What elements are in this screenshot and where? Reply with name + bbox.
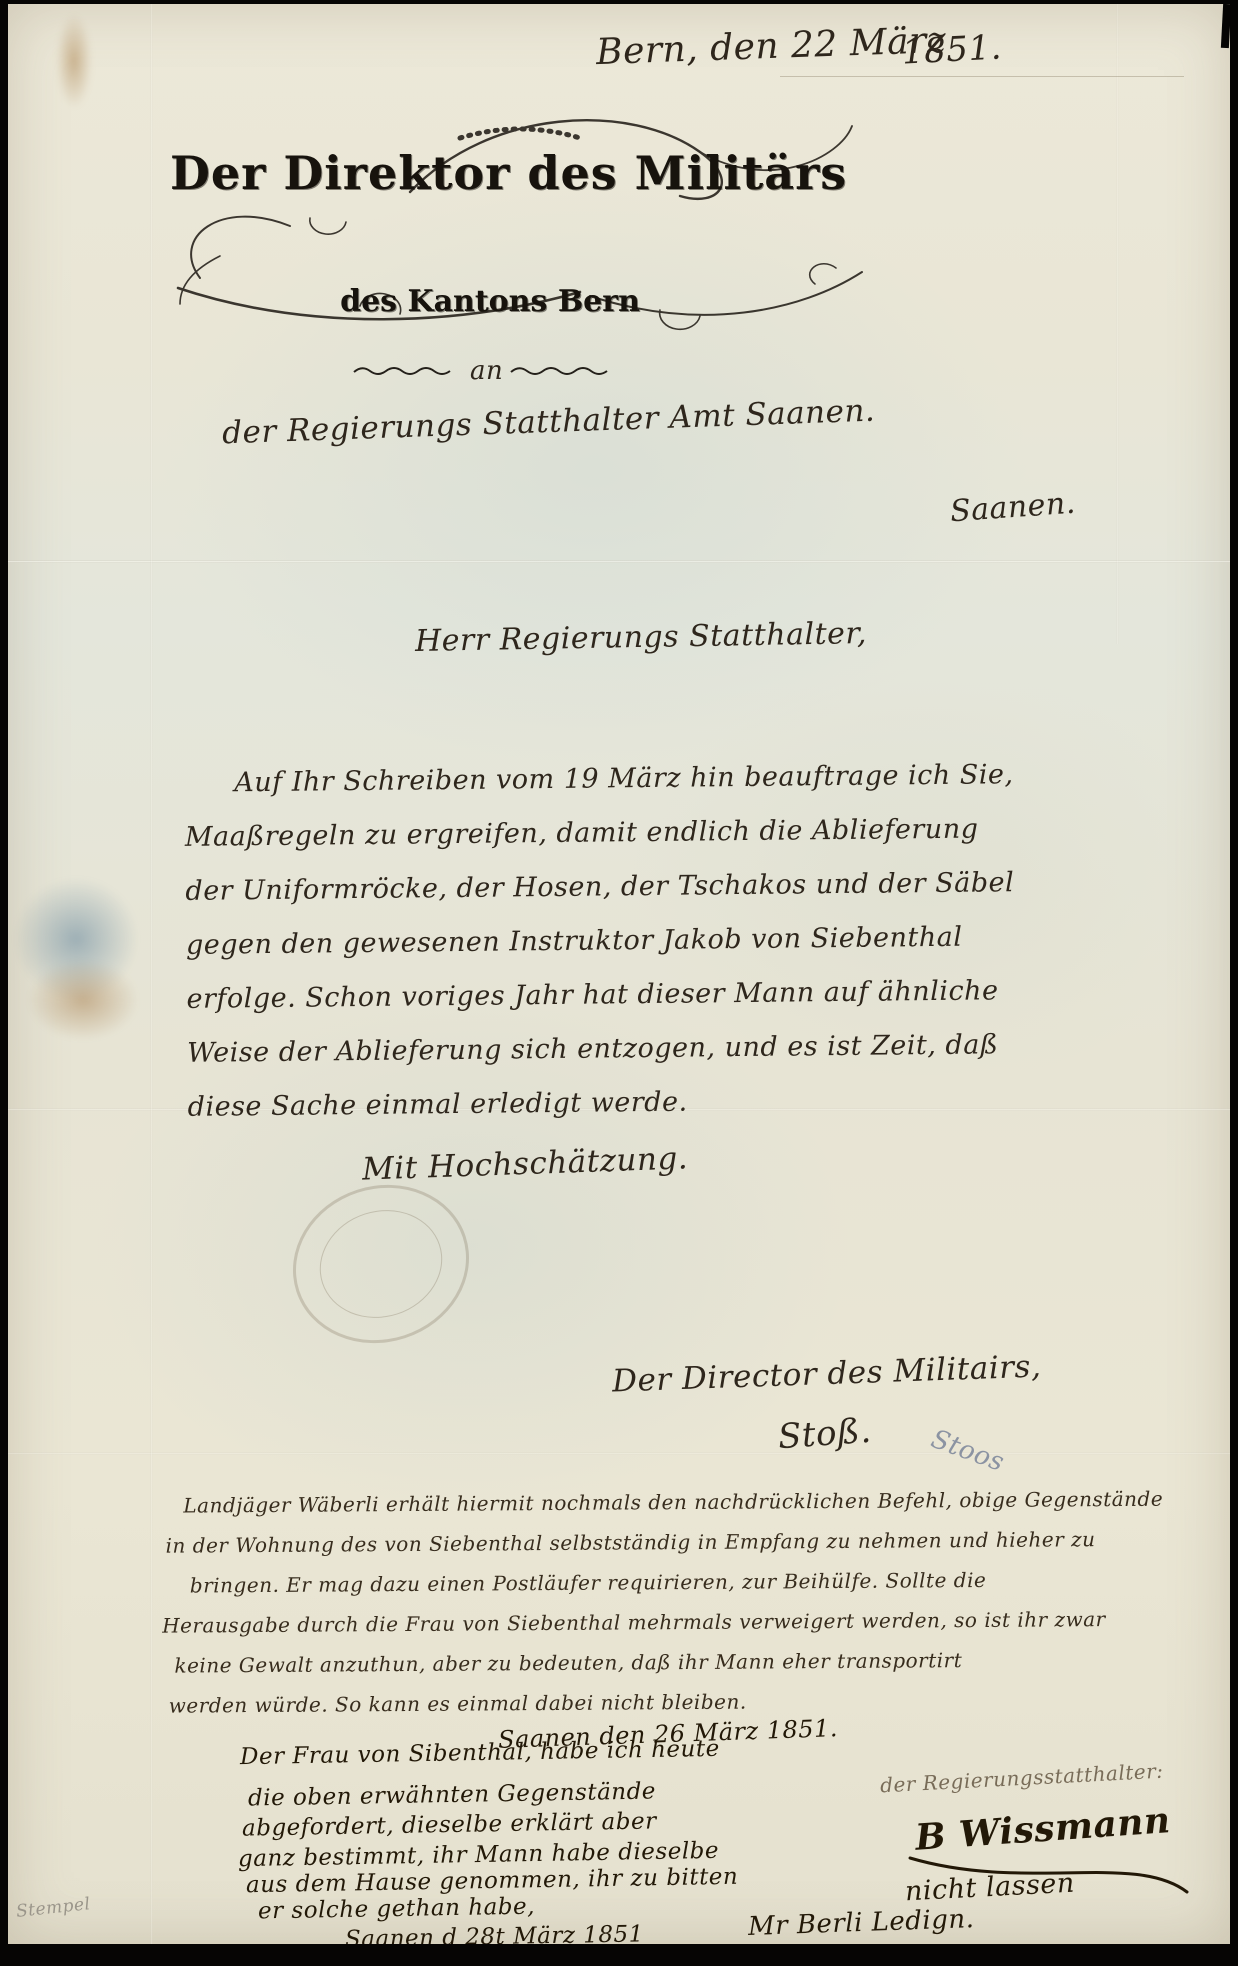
signature-name: Stoß. — [777, 1411, 873, 1457]
wavy-rule-right — [509, 363, 621, 379]
scan-edge-top — [0, 0, 1238, 4]
body-line: erfolge. Schon voriges Jahr hat dieser M… — [186, 963, 1107, 1027]
body-line: Auf Ihr Schreiben vom 19 März hin beauft… — [184, 747, 1105, 811]
scan-edge-right — [1230, 0, 1238, 1966]
reply-line: er solche gethan habe, — [258, 1894, 535, 1925]
fold-crease-vertical — [1116, 4, 1119, 644]
body-line: Maaßregeln zu ergreifen, damit endlich d… — [185, 801, 1106, 865]
body-line: diese Sache einmal erledigt werde. — [187, 1071, 1108, 1135]
dateline-year: 1851. — [901, 27, 1003, 72]
marginal-order: Landjäger Wäberli erhält hiermit nochmal… — [159, 1478, 1221, 1725]
dateline-rule — [780, 76, 1184, 77]
scan-edge-bottom — [0, 1944, 1238, 1966]
scanned-letter: Bern, den 22 März 1851. Der Direktor des… — [0, 0, 1238, 1966]
annotation-line: Herausgabe durch die Frau von Siebenthal… — [160, 1598, 1220, 1645]
letter-body: Auf Ihr Schreiben vom 19 März hin beauft… — [184, 747, 1108, 1135]
brown-stain — [28, 960, 138, 1040]
fold-crease-vertical — [150, 4, 153, 1944]
letterhead-title: Der Direktor des Militärs — [170, 146, 770, 200]
an-line: an — [352, 356, 652, 386]
fold-crease-horizontal — [8, 1452, 1230, 1455]
scan-edge-left — [0, 0, 8, 1966]
tape-stain — [56, 14, 92, 108]
body-line: Weise der Ablieferung sich entzogen, und… — [187, 1017, 1108, 1081]
fold-crease-horizontal — [8, 560, 1230, 563]
body-line: gegen den gewesenen Instruktor Jakob von… — [186, 909, 1107, 973]
annotation-line: in der Wohnung des von Siebenthal selbst… — [159, 1518, 1219, 1565]
body-line: der Uniformröcke, der Hosen, der Tschako… — [185, 855, 1106, 919]
wavy-rule-left — [352, 363, 464, 379]
an-label: an — [470, 356, 503, 386]
letterhead-subtitle: des Kantons Bern — [300, 284, 680, 319]
